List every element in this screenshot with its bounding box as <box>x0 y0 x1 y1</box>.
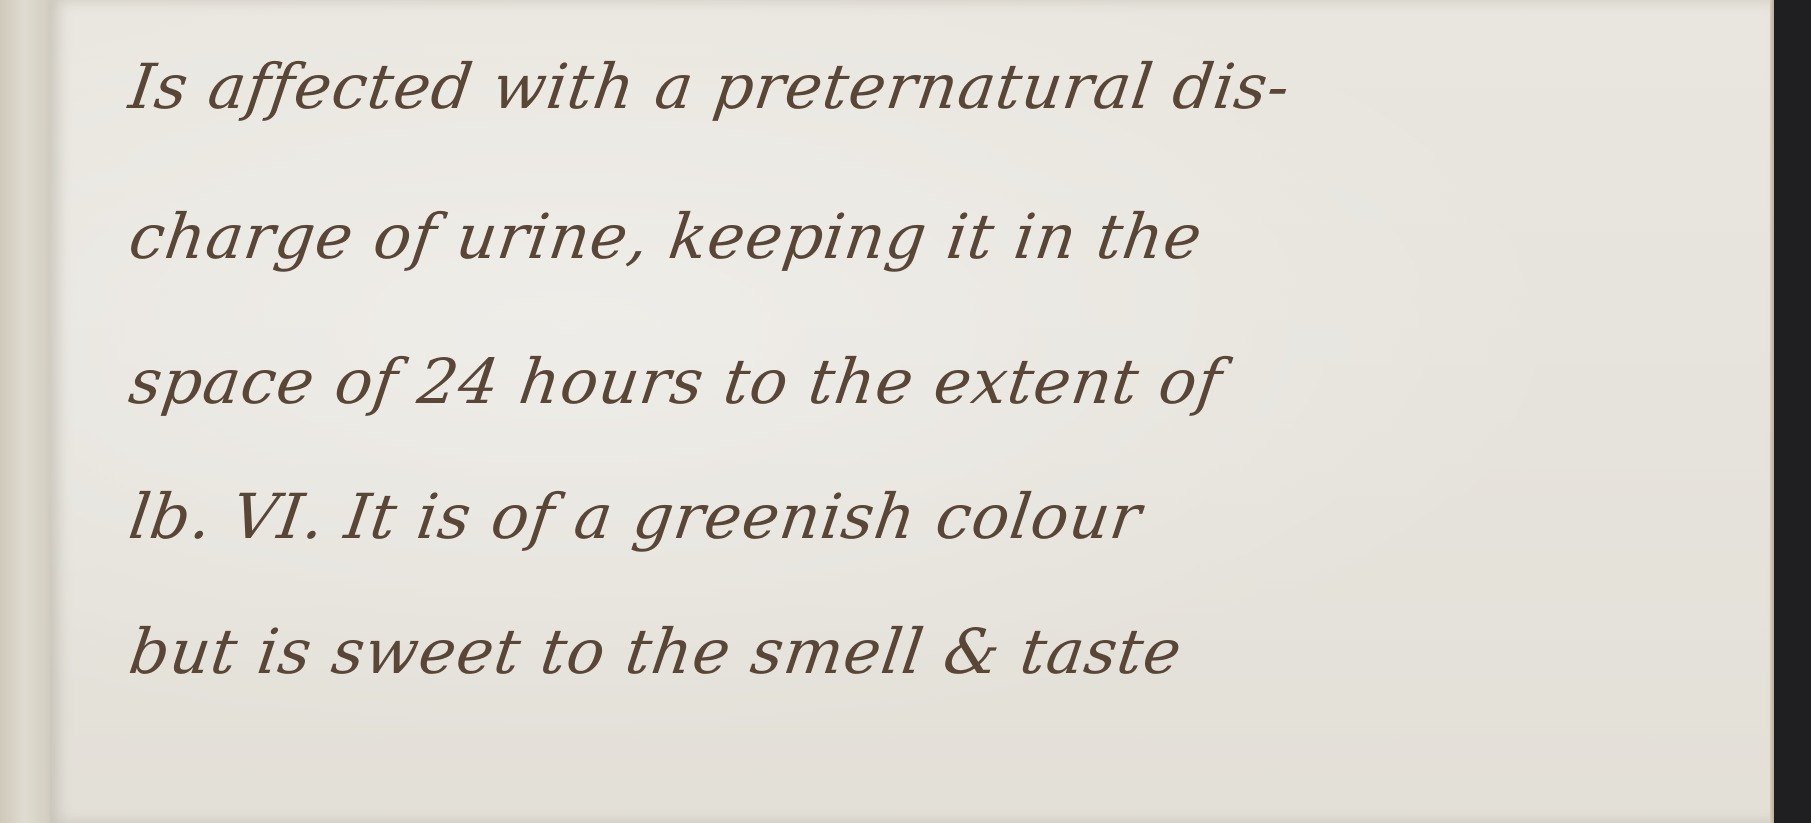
text-line-4: lb. VI. It is of a greenish colour <box>125 480 1147 553</box>
manuscript-scan: Is affected with a preternatural dis- ch… <box>0 0 1811 823</box>
book-cover-edge <box>1774 0 1811 823</box>
text-line-2: charge of urine, keeping it in the <box>125 200 1207 273</box>
text-line-5: but is sweet to the smell & taste <box>125 615 1187 688</box>
text-line-1: Is affected with a preternatural dis- <box>125 50 1295 123</box>
text-line-3: space of 24 hours to the extent of <box>125 345 1227 418</box>
